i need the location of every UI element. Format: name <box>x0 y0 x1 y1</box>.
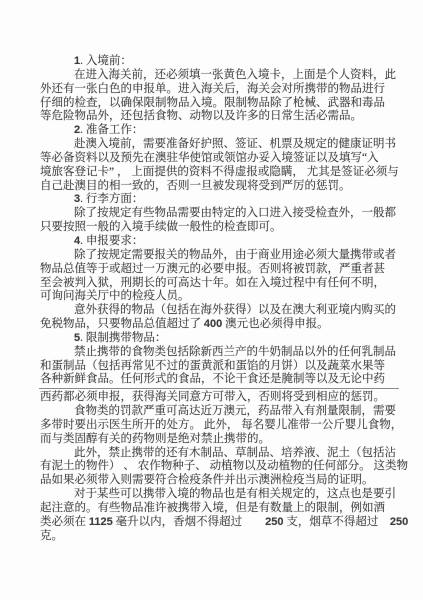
text-line: 多带时要出示医生所开的处方。 此外， 每名婴儿准带一公斤婴儿食物， <box>40 419 404 433</box>
numeric-value: 1125 <box>89 516 113 528</box>
text-line: 免税物品，只要物品总值超过了 400 澳元也必须得申报。 <box>40 318 404 332</box>
numeric-value: 250 <box>390 516 408 528</box>
text-line: 类必须在 1125 毫升以内，香烟不得超过 250 支，烟草不得超过 250 <box>40 516 404 530</box>
text-line: 意外获得的物品（包括在海外获得）以及在澳大利亚境内购买的 <box>40 304 404 318</box>
text-line: 在进入海关前，还必须填一张黄色入境卡，上面是个人资料，此 <box>40 69 404 83</box>
text-line: 禁止携带的食物类包括除新西兰产的牛奶制品以外的任何乳制品 <box>40 346 404 360</box>
section-heading: 3. 行李方面： <box>40 193 404 207</box>
text-line: 物品总值等于或超过一万澳元的必要申报。否则将被罚款，严重者甚 <box>40 263 404 277</box>
text-line: 等危险物品外，还包括食物、动物以及许多的日常生活必需品。 <box>40 110 404 124</box>
section-heading: 4. 申报要求： <box>40 235 404 249</box>
section-heading: 1. 入境前： <box>40 55 404 69</box>
numeric-value: 400 <box>204 318 222 330</box>
text-line: 可询问海关厅中的检疫人员。 <box>40 290 404 304</box>
page-break-rule <box>39 388 399 389</box>
text-line: 等必备资料以及预先在澳驻华使馆或领馆办妥入境签证以及填写“入 <box>40 152 404 166</box>
document-lines: 1. 入境前：在进入海关前，还必须填一张黄色入境卡，上面是个人资料，此外还有一张… <box>40 55 404 544</box>
text-line: 此外，禁止携带的还有木制品、草制品、培养液、泥土（包括沾 <box>40 447 404 461</box>
text-line: 对于某些可以携带入境的物品也是有相关规定的，这点也是要引 <box>40 488 404 502</box>
numeric-value: 1 <box>74 55 80 67</box>
text-line: 仔细的检查，以确保限制物品入境。限制物品除了枪械、武器和毒品 <box>40 97 404 111</box>
text-line: 至会被判入狱，刑期长的可高达十年。如在入境过程中有任何不明， <box>40 277 404 291</box>
text-line: 而与类固醇有关的药物则是绝对禁止携带的。 <box>40 433 404 447</box>
numeric-value: 3 <box>74 193 80 205</box>
text-line: 除了按规定有些物品需要由特定的入口进入接受检查外，一般都 <box>40 207 404 221</box>
text-line: 起注意的。有些物品准许被携带入境，但是有数量上的限制，例如酒 <box>40 502 404 516</box>
text-line: 赴澳入境前，需要准备好护照、签证、机票及规定的健康证明书 <box>40 138 404 152</box>
numeric-value: 4 <box>74 235 80 247</box>
text-line: 各种新鲜食品。任何形式的食品，不论干食还是腌制等以及无论中药 <box>40 373 404 387</box>
text-line: 只要按照一般的入境手续做一般性的检查即可。 <box>40 221 404 235</box>
section-heading: 2. 准备工作： <box>40 124 404 138</box>
text-line: 境旅客登记卡” ， 上面提供的资料不得虚报或隐瞒， 尤其是签证必须与 <box>40 166 404 180</box>
text-line: 自己赴澳目的相一致的，否则一旦被发现将受到严厉的惩罚。 <box>40 180 404 194</box>
text-line: 除了按规定需要报关的物品外，由于商业用途必须大量携带或者 <box>40 249 404 263</box>
text-line: 有泥土的物件） 、 农作物种子、 动植物以及动植物的任何部分。 这类物 <box>40 460 404 474</box>
text-line: 和蛋制品（包括再常见不过的蛋黄派和蛋馅的月饼）以及蔬菜水果等 <box>40 360 404 374</box>
numeric-value: 2 <box>74 124 80 136</box>
section-heading: 5. 限制携带物品： <box>40 332 404 346</box>
text-line: 食物类的罚款严重可高达近万澳元，药品带入有剂量限制，需要 <box>40 405 404 419</box>
text-line: 西药都必须申报，获得海关同意方可带入，否则将受到相应的惩罚。 <box>40 391 404 405</box>
text-line: 克。 <box>40 530 404 544</box>
numeric-value: 250 <box>265 516 283 528</box>
document-page: 1. 入境前：在进入海关前，还必须填一张黄色入境卡，上面是个人资料，此外还有一张… <box>0 0 423 600</box>
text-line: 外还有一张白色的申报单。进入海关后，海关会对所携带的物品进行 <box>40 83 404 97</box>
text-line: 品如果必须带入则需要符合检疫条件并出示澳洲检疫当局的证明。 <box>40 474 404 488</box>
numeric-value: 5 <box>74 332 80 344</box>
